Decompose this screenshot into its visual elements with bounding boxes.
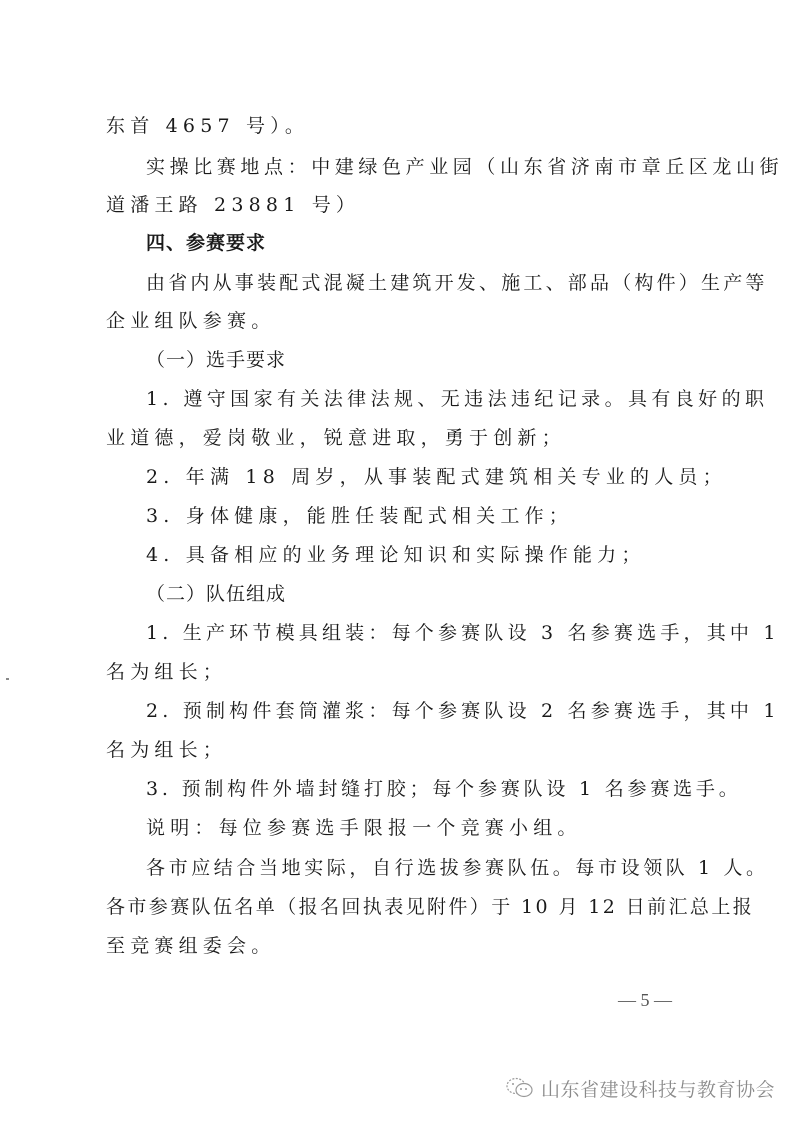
- text-line: 由省内从事装配式混凝土建筑开发、施工、部品（构件）生产等: [146, 270, 746, 296]
- text-line: 3. 身体健康，能胜任装配式相关工作；: [146, 503, 746, 529]
- text-line: 各市参赛队伍名单（报名回执表见附件）于 10 月 12 日前汇总上报: [106, 894, 706, 920]
- text-line: 业道德，爱岗敬业，锐意进取，勇于创新；: [106, 425, 706, 451]
- text-line: 2. 预制构件套筒灌浆：每个参赛队设 2 名参赛选手，其中 1: [146, 698, 746, 724]
- text-line: 2. 年满 18 周岁，从事装配式建筑相关专业的人员；: [146, 464, 746, 490]
- text-line: 实操比赛地点：中建绿色产业园（山东省济南市章丘区龙山街: [146, 154, 746, 180]
- scan-mark: [6, 678, 9, 680]
- text-line: 道潘王路 23881 号）: [106, 192, 706, 218]
- text-line: 说明：每位参赛选手限报一个竞赛小组。: [146, 815, 746, 841]
- section-heading: 四、参赛要求: [146, 230, 746, 256]
- wechat-icon: [505, 1075, 535, 1101]
- text-line: 各市应结合当地实际，自行选拔参赛队伍。每市设领队 1 人。: [146, 855, 746, 881]
- watermark-text: 山东省建设科技与教育协会: [541, 1075, 775, 1102]
- text-line: 名为组长；: [106, 737, 706, 763]
- text-line: 1. 遵守国家有关法律法规、无违法违纪记录。具有良好的职: [146, 386, 746, 412]
- text-line: 企业组队参赛。: [106, 308, 706, 334]
- subheading: （一）选手要求: [146, 347, 746, 373]
- page-number: — 5 —: [600, 990, 690, 1011]
- text-line: 1. 生产环节模具组装：每个参赛队设 3 名参赛选手，其中 1: [146, 620, 746, 646]
- text-line: 至竞赛组委会。: [106, 933, 706, 959]
- document-page: 东首 4657 号）。 实操比赛地点：中建绿色产业园（山东省济南市章丘区龙山街 …: [0, 0, 793, 1122]
- text-line: 3. 预制构件外墙封缝打胶；每个参赛队设 1 名参赛选手。: [146, 776, 746, 802]
- subheading: （二）队伍组成: [146, 581, 746, 607]
- watermark: 山东省建设科技与教育协会: [505, 1073, 775, 1103]
- text-line: 名为组长；: [106, 659, 706, 685]
- text-line: 4. 具备相应的业务理论知识和实际操作能力；: [146, 542, 746, 568]
- text-line: 东首 4657 号）。: [106, 113, 706, 139]
